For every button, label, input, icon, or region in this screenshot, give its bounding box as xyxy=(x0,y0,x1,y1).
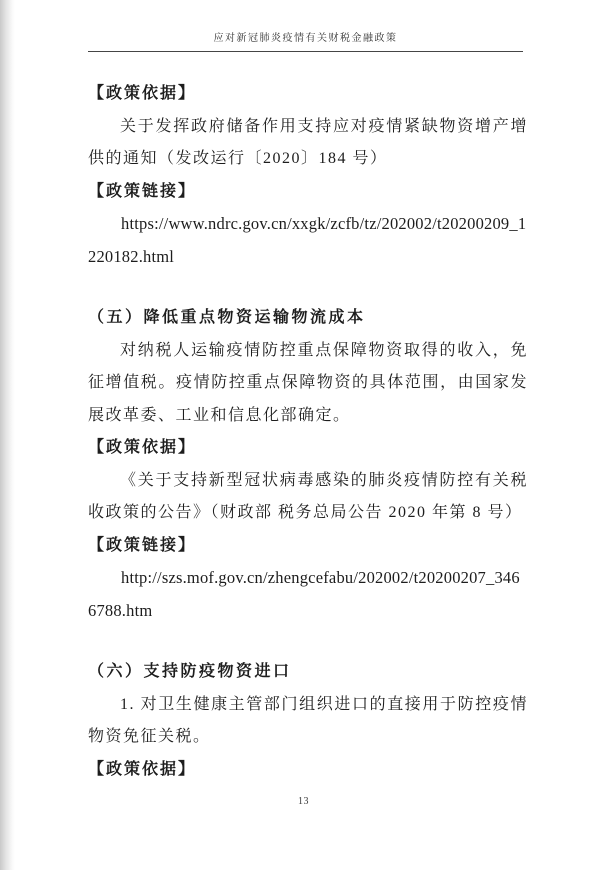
policy-basis-label-2: 【政策依据】 xyxy=(88,432,528,465)
policy-link-label-2: 【政策链接】 xyxy=(88,530,528,563)
ndrc-notice-paragraph: 关于发挥政府储备作用支持应对疫情紧缺物资增产增供的通知（发改运行〔2020〕18… xyxy=(88,111,528,176)
document-page: 应对新冠肺炎疫情有关财税金融政策 【政策依据】 关于发挥政府储备作用支持应对疫情… xyxy=(0,0,607,870)
customs-exemption-paragraph: 1. 对卫生健康主管部门组织进口的直接用于防控疫情物资免征关税。 xyxy=(88,689,528,754)
document-content: 【政策依据】 关于发挥政府储备作用支持应对疫情紧缺物资增产增供的通知（发改运行〔… xyxy=(88,78,528,786)
page-edge-shadow xyxy=(0,0,15,870)
running-header-title: 应对新冠肺炎疫情有关财税金融政策 xyxy=(88,33,523,44)
mof-policy-url: http://szs.mof.gov.cn/zhengcefabu/202002… xyxy=(88,562,528,627)
mof-announcement-paragraph: 《关于支持新型冠状病毒感染的肺炎疫情防控有关税收政策的公告》（财政部 税务总局公… xyxy=(88,465,528,530)
ndrc-policy-url: https://www.ndrc.gov.cn/xxgk/zcfb/tz/202… xyxy=(88,208,528,273)
policy-basis-label-1: 【政策依据】 xyxy=(88,78,528,111)
section-heading-five: （五）降低重点物资运输物流成本 xyxy=(88,302,528,335)
policy-link-label-1: 【政策链接】 xyxy=(88,176,528,209)
policy-basis-label-3: 【政策依据】 xyxy=(88,754,528,787)
page-number: 13 xyxy=(298,796,309,807)
page-footer: 13 xyxy=(0,791,607,809)
page-header: 应对新冠肺炎疫情有关财税金融政策 xyxy=(88,0,523,52)
section-heading-six: （六）支持防疫物资进口 xyxy=(88,656,528,689)
vat-exemption-paragraph: 对纳税人运输疫情防控重点保障物资取得的收入，免征增值税。疫情防控重点保障物资的具… xyxy=(88,335,528,433)
